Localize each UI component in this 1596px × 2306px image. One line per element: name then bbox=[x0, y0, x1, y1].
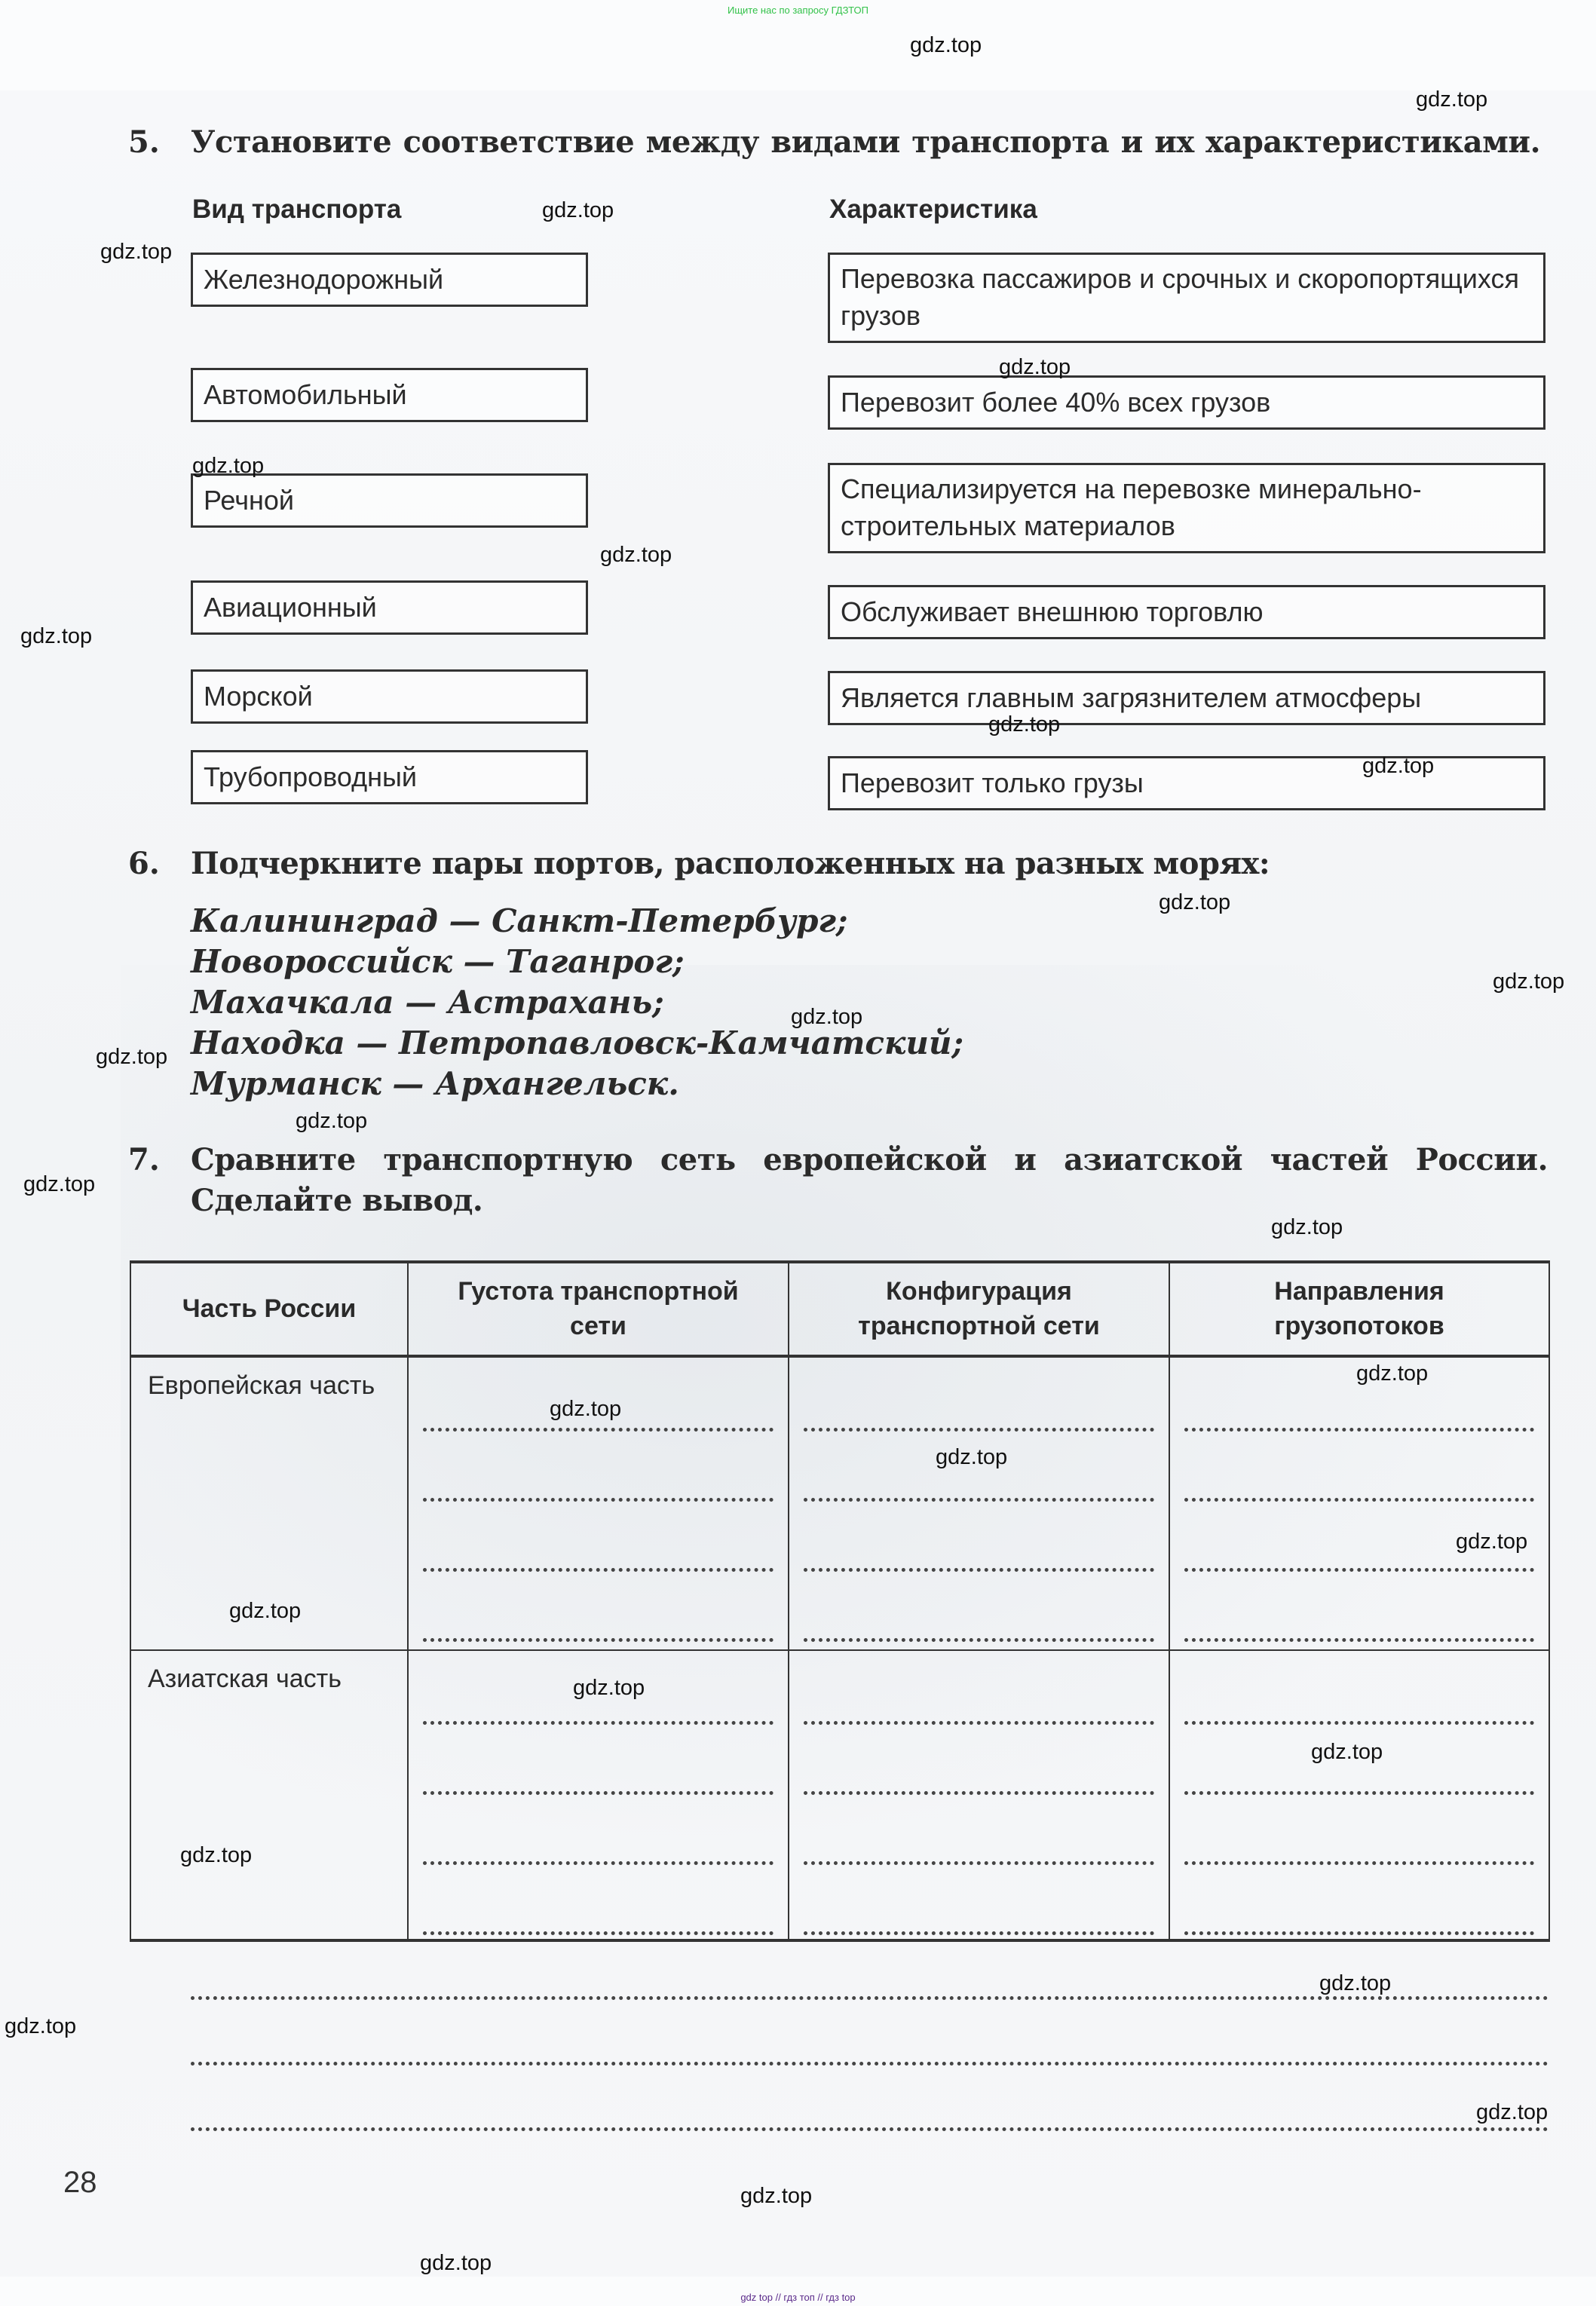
row-label-asian: Азиатская часть bbox=[130, 1650, 408, 1940]
transport-box-railway[interactable]: Железнодорожный bbox=[191, 253, 588, 307]
conclusion-line-1[interactable] bbox=[191, 1996, 1549, 2000]
comparison-table: Часть России Густота транспортной сети К… bbox=[130, 1260, 1550, 1942]
port-pair-5[interactable]: Мурманск — Архангельск. bbox=[191, 1065, 679, 1102]
characteristic-box-3[interactable]: Специализируется на перевозке минерально… bbox=[828, 463, 1545, 553]
transport-box-river[interactable]: Речной bbox=[191, 473, 588, 528]
watermark: gdz.top bbox=[296, 1109, 367, 1134]
watermark: gdz.top bbox=[1456, 1530, 1527, 1554]
cell-european-cargo[interactable] bbox=[1169, 1356, 1549, 1650]
watermark: gdz.top bbox=[791, 1005, 862, 1030]
watermark: gdz.top bbox=[550, 1397, 621, 1422]
watermark: gdz.top bbox=[180, 1843, 252, 1868]
transport-box-aviation[interactable]: Авиационный bbox=[191, 580, 588, 635]
watermark: gdz.top bbox=[192, 454, 264, 479]
watermark: gdz.top bbox=[600, 543, 672, 568]
transport-type-header: Вид транспорта bbox=[192, 194, 401, 225]
task6-instruction: Подчеркните пары портов, расположенных н… bbox=[191, 846, 1270, 881]
watermark: gdz.top bbox=[100, 240, 172, 265]
task5-instruction: Установите соответствие между видами тра… bbox=[191, 124, 1540, 160]
watermark: gdz.top bbox=[1159, 890, 1230, 915]
watermark: gdz.top bbox=[1271, 1215, 1343, 1240]
watermark: gdz.top bbox=[1476, 2100, 1548, 2125]
watermark: gdz.top bbox=[96, 1045, 167, 1070]
watermark: gdz.top bbox=[936, 1445, 1007, 1470]
characteristic-header: Характеристика bbox=[829, 194, 1037, 225]
table-header-row: Часть России Густота транспортной сети К… bbox=[130, 1262, 1549, 1356]
conclusion-line-2[interactable] bbox=[191, 2062, 1549, 2066]
footer-banner: gdz top // гдз топ // гдз top bbox=[0, 2292, 1596, 2303]
watermark: gdz.top bbox=[1493, 969, 1564, 994]
watermark: gdz.top bbox=[740, 2184, 812, 2209]
port-pair-2[interactable]: Новороссийск — Таганрог; bbox=[191, 943, 685, 980]
port-pair-3[interactable]: Махачкала — Астрахань; bbox=[191, 984, 664, 1021]
cell-european-configuration[interactable] bbox=[789, 1356, 1169, 1650]
transport-box-sea[interactable]: Морской bbox=[191, 669, 588, 724]
cell-asian-cargo[interactable] bbox=[1169, 1650, 1549, 1940]
header-cargo-flows: Направления грузопотоков bbox=[1169, 1262, 1549, 1356]
watermark: gdz.top bbox=[23, 1172, 95, 1197]
watermark: gdz.top bbox=[420, 2251, 492, 2276]
cell-asian-configuration[interactable] bbox=[789, 1650, 1169, 1940]
watermark: gdz.top bbox=[20, 624, 92, 649]
table-row-european: Европейская часть bbox=[130, 1356, 1549, 1650]
watermark: gdz.top bbox=[229, 1599, 301, 1624]
watermark: gdz.top bbox=[1319, 1971, 1391, 1996]
page-number: 28 bbox=[63, 2166, 97, 2200]
watermark: gdz.top bbox=[1311, 1740, 1383, 1765]
watermark: gdz.top bbox=[573, 1676, 645, 1701]
characteristic-box-4[interactable]: Обслуживает внешнюю торговлю bbox=[828, 585, 1545, 639]
port-pair-1[interactable]: Калининград — Санкт-Петербург; bbox=[191, 902, 848, 939]
task7-number: 7. bbox=[128, 1142, 160, 1177]
task7-instruction-line1: Сравните транспортную сеть европейской и… bbox=[191, 1142, 1548, 1177]
port-pair-4[interactable]: Находка — Петропавловск-Камчатский; bbox=[191, 1024, 963, 1061]
watermark: gdz.top bbox=[910, 33, 982, 58]
header-configuration: Конфигурация транспортной сети bbox=[789, 1262, 1169, 1356]
watermark: gdz.top bbox=[1362, 754, 1434, 779]
characteristic-box-5[interactable]: Является главным загрязнителем атмосферы bbox=[828, 671, 1545, 725]
transport-box-automobile[interactable]: Автомобильный bbox=[191, 368, 588, 422]
watermark: gdz.top bbox=[1416, 87, 1487, 112]
task7-instruction-line2: Сделайте вывод. bbox=[191, 1183, 482, 1218]
watermark: gdz.top bbox=[1356, 1361, 1428, 1386]
task6-number: 6. bbox=[128, 846, 160, 881]
watermark: gdz.top bbox=[999, 355, 1071, 380]
characteristic-box-1[interactable]: Перевозка пассажиров и срочных и скоропо… bbox=[828, 253, 1545, 343]
table-row-asian: Азиатская часть bbox=[130, 1650, 1549, 1940]
watermark: gdz.top bbox=[988, 712, 1060, 737]
task5-number: 5. bbox=[128, 124, 160, 160]
transport-box-pipeline[interactable]: Трубопроводный bbox=[191, 750, 588, 804]
header-density: Густота транспортной сети bbox=[408, 1262, 789, 1356]
watermark: gdz.top bbox=[542, 198, 614, 223]
header-part: Часть России bbox=[130, 1262, 408, 1356]
characteristic-box-2[interactable]: Перевозит более 40% всех грузов bbox=[828, 375, 1545, 430]
watermark: gdz.top bbox=[5, 2014, 76, 2039]
conclusion-line-3[interactable] bbox=[191, 2127, 1549, 2131]
top-banner: Ищите нас по запросу ГДЗТОП bbox=[0, 5, 1596, 16]
characteristic-box-6[interactable]: Перевозит только грузы bbox=[828, 756, 1545, 810]
